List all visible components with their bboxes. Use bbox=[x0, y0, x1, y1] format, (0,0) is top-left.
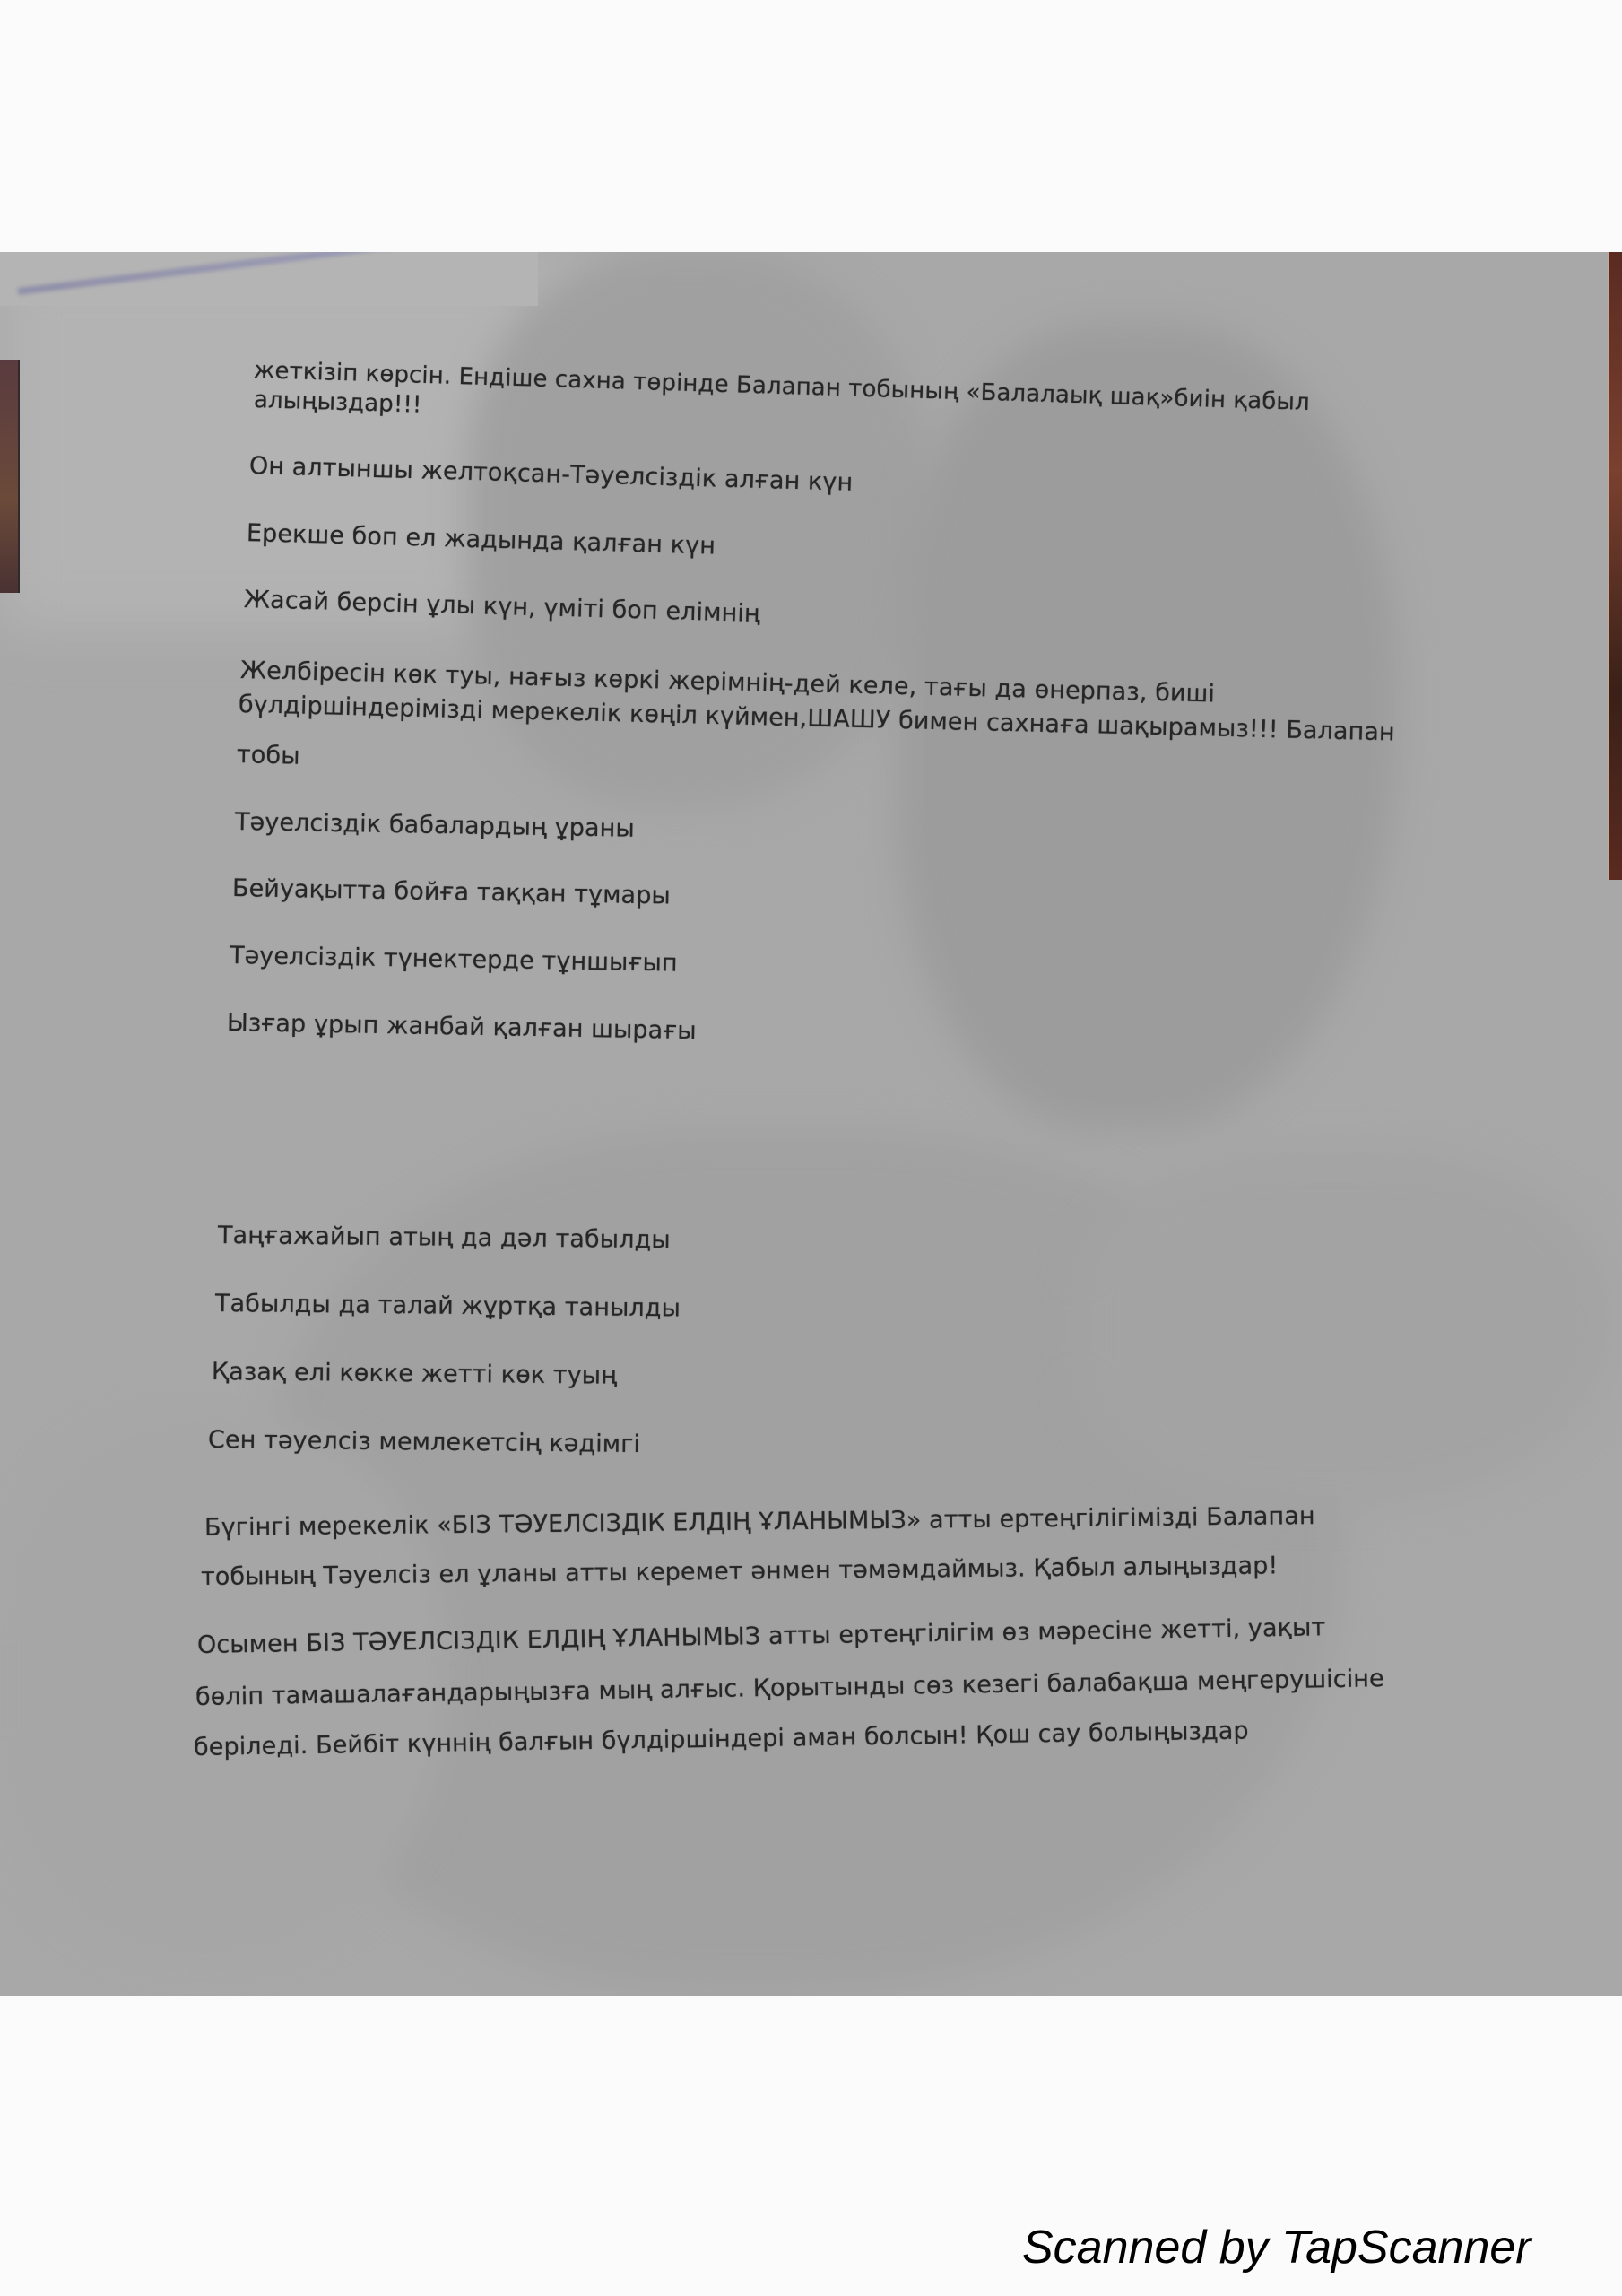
text-line: тобының Тәуелсіз ел ұланы атты керемет ә… bbox=[201, 1552, 1279, 1591]
verse-line: Сен тәуелсіз мемлекетсің кәдімгі bbox=[208, 1426, 640, 1458]
text-line: бүлдіршіндерімізді мерекелік көңіл күйме… bbox=[239, 691, 1395, 747]
document-text: жеткізіп көрсін. Ендіше сахна төрінде Ба… bbox=[0, 252, 1622, 1996]
text-line: бөліп тамашалағандарыңызға мың алғыс. Қо… bbox=[195, 1665, 1384, 1711]
scanned-photo: жеткізіп көрсін. Ендіше сахна төрінде Ба… bbox=[0, 252, 1622, 1996]
verse-line: Он алтыншы желтоқсан-Тәуелсіздік алған к… bbox=[249, 452, 854, 497]
text-line: тобы bbox=[237, 741, 300, 770]
verse-line: Тәуелсіздік түнектерде тұншығып bbox=[230, 942, 678, 978]
text-line: алыңыздар!!! bbox=[254, 387, 422, 419]
text-line: Осымен БІЗ ТӘУЕЛСІЗДІК ЕЛДІҢ ҰЛАНЫМЫЗ ат… bbox=[197, 1613, 1326, 1659]
verse-line: Тәуелсіздік бабалардың ұраны bbox=[235, 808, 635, 843]
verse-line: Таңғажайып атың да дәл табылды bbox=[218, 1222, 671, 1254]
verse-line: Жасай берсін ұлы күн, үміті боп елімнің bbox=[244, 586, 761, 628]
text-line: Бүгінгі мерекелік «БІЗ ТӘУЕЛСІЗДІК ЕЛДІҢ… bbox=[204, 1502, 1315, 1542]
verse-line: Бейуақытта бойға таққан тұмары bbox=[232, 874, 671, 910]
verse-line: Ерекше боп ел жадында қалған күн bbox=[247, 519, 716, 561]
verse-line: Ызғар ұрып жанбай қалған шырағы bbox=[227, 1009, 697, 1045]
verse-line: Қазақ елі көкке жетті көк туың bbox=[212, 1358, 617, 1390]
text-line: беріледі. Бейбіт күннің балғын бүлдіршін… bbox=[194, 1718, 1249, 1761]
verse-line: Табылды да талай жұртқа танылды bbox=[215, 1290, 681, 1322]
scanner-watermark: Scanned by TapScanner bbox=[1022, 2221, 1531, 2274]
